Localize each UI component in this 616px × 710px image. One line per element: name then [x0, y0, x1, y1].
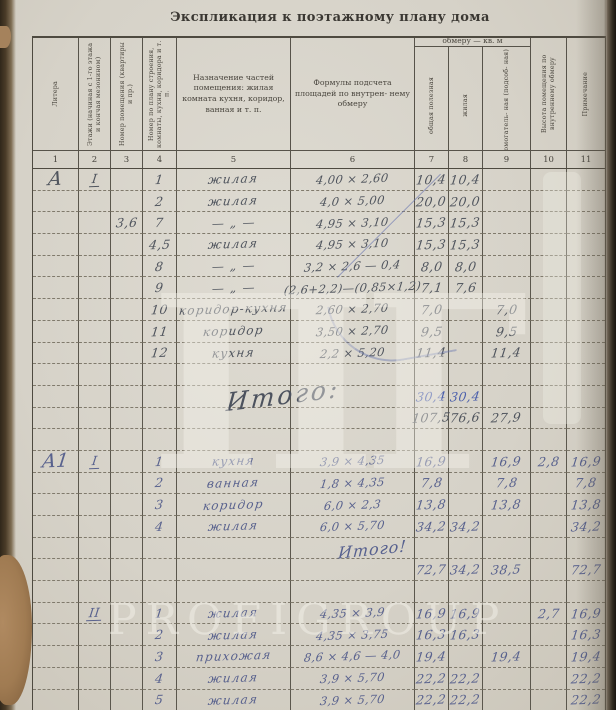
- table-cell-plan: 1: [143, 603, 177, 625]
- handwritten-value: А1: [41, 450, 70, 473]
- column-number: 8: [449, 151, 483, 168]
- column-numbers-row: 1234567891011: [33, 150, 605, 169]
- table-cell-plan: [143, 429, 177, 451]
- handwritten-value: 4,5: [148, 236, 172, 252]
- table-cell-plan: 10: [143, 299, 177, 321]
- table-cell-plan: 3: [143, 494, 177, 516]
- table-cell-purpose: коридор: [177, 494, 291, 516]
- table-cell-floor: [79, 429, 111, 451]
- table-cell-total: 16,9: [415, 603, 449, 625]
- table-cell-plan: 8: [143, 256, 177, 278]
- table-cell-purpose: прихожая: [177, 646, 291, 668]
- table-cell-aux: 7,0: [483, 299, 531, 321]
- handwritten-value: — „ —: [211, 280, 257, 296]
- handwritten-value: 8: [154, 258, 164, 273]
- table-cell-room: [111, 256, 143, 278]
- table-cell-litera: [33, 690, 79, 710]
- table-cell-room: [111, 603, 143, 625]
- handwritten-value: жилая: [208, 236, 260, 252]
- handwritten-value: 2,8: [537, 453, 561, 469]
- table-cell-floor: [79, 538, 111, 560]
- table-cell-living: 34,2: [449, 516, 483, 538]
- handwritten-value: 10,4: [449, 171, 481, 187]
- table-cell-aux: [483, 690, 531, 710]
- explication-table: Литера Этажи (начиная с 1-го этажа и кон…: [32, 36, 606, 710]
- handwritten-value: 4,95 × 3,10: [315, 236, 389, 253]
- table-cell-formula: 3,2 × 2,6 — 0,4: [291, 256, 415, 278]
- handwritten-value: 20,0: [449, 193, 481, 209]
- table-cell-living: [449, 646, 483, 668]
- table-cell-litera: [33, 538, 79, 560]
- handwritten-value: 16,9: [415, 453, 447, 469]
- table-cell-aux: 16,9: [483, 451, 531, 473]
- table-cell-aux: [483, 212, 531, 234]
- table-cell-plan: [143, 364, 177, 386]
- handwritten-value: 16,9: [415, 605, 447, 621]
- handwritten-value: — „ —: [211, 258, 257, 274]
- table-cell-floor: [79, 364, 111, 386]
- handwritten-value: 2,7: [537, 605, 561, 621]
- handwritten-value: 30,4: [449, 388, 481, 404]
- handwritten-value: 76,6: [449, 410, 481, 426]
- table-cell-floor: [79, 191, 111, 213]
- table-cell-aux: 11,4: [483, 343, 531, 365]
- table-cell-litera: [33, 386, 79, 408]
- table-cell-total: 19,4: [415, 646, 449, 668]
- handwritten-value: 15,3: [415, 236, 447, 252]
- table-cell-height: [531, 191, 567, 213]
- table-cell-litera: [33, 277, 79, 299]
- table-cell-room: [111, 690, 143, 710]
- table-cell-aux: [483, 169, 531, 191]
- table-cell-plan: [143, 408, 177, 430]
- table-cell-living: 76,6: [449, 408, 483, 430]
- handwritten-value: жилая: [208, 692, 260, 708]
- table-cell-floor: [79, 256, 111, 278]
- table-cell-aux: [483, 668, 531, 690]
- table-cell-floor: II: [79, 603, 111, 625]
- handwritten-value: 22,2: [449, 670, 481, 686]
- table-cell-litera: [33, 668, 79, 690]
- table-cell-purpose: — „ —: [177, 277, 291, 299]
- table-cell-aux: 38,5: [483, 559, 531, 581]
- table-cell-room: [111, 451, 143, 473]
- table-cell-floor: [79, 321, 111, 343]
- column-header-formula: Формулы подсчета площадей по внутрен- не…: [291, 38, 415, 150]
- table-cell-total: 7,8: [415, 473, 449, 495]
- handwritten-value: 10,4: [415, 171, 447, 187]
- table-cell-purpose: кухня: [177, 451, 291, 473]
- handwritten-value: 7,6: [454, 280, 478, 296]
- handwritten-value: 3,9 × 5,70: [319, 670, 386, 686]
- handwritten-value: 34,2: [415, 518, 447, 534]
- handwritten-value: 22,2: [415, 670, 447, 686]
- table-cell-formula: 4,00 × 2,60: [291, 169, 415, 191]
- table-cell-floor: [79, 212, 111, 234]
- table-cell-aux: [483, 234, 531, 256]
- table-cell-floor: [79, 668, 111, 690]
- table-cell-plan: [143, 581, 177, 603]
- handwritten-value: 22,2: [415, 692, 447, 708]
- table-cell-aux: [483, 603, 531, 625]
- table-cell-total: 22,2: [415, 690, 449, 710]
- table-header: Литера Этажи (начиная с 1-го этажа и кон…: [33, 38, 605, 150]
- table-cell-height: [531, 234, 567, 256]
- table-cell-height: [531, 408, 567, 430]
- table-cell-litera: [33, 603, 79, 625]
- table-cell-litera: [33, 256, 79, 278]
- handwritten-value: жилая: [208, 171, 260, 187]
- table-cell-plan: 12: [143, 343, 177, 365]
- table-cell-litera: [33, 234, 79, 256]
- handwritten-value: 4,95 × 3,10: [315, 214, 389, 231]
- table-cell-litera: [33, 321, 79, 343]
- table-cell-litera: [33, 429, 79, 451]
- table-cell-purpose: жилая: [177, 516, 291, 538]
- table-cell-litera: [33, 624, 79, 646]
- table-cell-purpose: коридор: [177, 321, 291, 343]
- table-cell-formula: 6,0 × 2,3: [291, 494, 415, 516]
- table-cell-purpose: жилая: [177, 668, 291, 690]
- handwritten-value: 3: [154, 649, 164, 664]
- table-cell-living: 15,3: [449, 212, 483, 234]
- table-cell-height: [531, 212, 567, 234]
- table-cell-litera: А1: [33, 451, 79, 473]
- column-number: 4: [143, 151, 177, 168]
- table-cell-plan: 1: [143, 169, 177, 191]
- column-header-total-area: общая полезная: [415, 47, 449, 150]
- table-cell-formula: 1,8 × 4,35: [291, 473, 415, 495]
- table-cell-total: 107,5: [415, 408, 449, 430]
- handwritten-value: 16,9: [449, 605, 481, 621]
- table-cell-height: [531, 559, 567, 581]
- table-cell-total: [415, 364, 449, 386]
- table-cell-height: [531, 256, 567, 278]
- table-cell-height: 2,8: [531, 451, 567, 473]
- handwritten-value: I: [89, 453, 101, 469]
- column-header-plan-number: Номер по плану строения, комнаты, кухни,…: [143, 38, 177, 150]
- table-cell-living: [449, 451, 483, 473]
- table-cell-litera: [33, 364, 79, 386]
- handwritten-value: 7,8: [495, 475, 519, 491]
- table-cell-living: [449, 364, 483, 386]
- handwritten-value: 1,8 × 4,35: [319, 475, 386, 491]
- column-number: 6: [291, 151, 415, 168]
- table-cell-purpose: ванная: [177, 473, 291, 495]
- table-cell-living: [449, 494, 483, 516]
- handwritten-value: 30,4: [415, 388, 447, 404]
- table-cell-formula: 4,35 × 3,75: [291, 624, 415, 646]
- column-number: 2: [79, 151, 111, 168]
- handwritten-value: 3,6: [115, 215, 139, 231]
- table-cell-formula: 4,35 × 3,9: [291, 603, 415, 625]
- table-cell-total: [415, 429, 449, 451]
- table-cell-room: [111, 386, 143, 408]
- table-cell-room: [111, 624, 143, 646]
- page-curve-shadow: [576, 0, 606, 710]
- column-group-area: Площадь по внут- реннему обмеру — кв. м …: [415, 38, 531, 150]
- handwritten-value: 12: [150, 345, 169, 361]
- column-header-aux-area: вспомогатель- ная (подсоб- ная): [483, 47, 531, 150]
- table-cell-litera: А: [33, 169, 79, 191]
- handwritten-value: 8,6 × 4,6 — 4,0: [303, 648, 401, 665]
- handwritten-value: А: [47, 168, 64, 191]
- document-title: Экспликация к поэтажному плану дома: [70, 10, 590, 25]
- handwritten-value: 19,4: [415, 648, 447, 664]
- table-cell-floor: [79, 473, 111, 495]
- handwritten-value: 6,0 × 5,70: [319, 518, 386, 534]
- table-cell-aux: [483, 581, 531, 603]
- table-cell-purpose: жилая: [177, 603, 291, 625]
- column-number: 7: [415, 151, 449, 168]
- handwritten-value: жилая: [208, 627, 260, 643]
- table-cell-total: 10,4: [415, 169, 449, 191]
- table-cell-room: [111, 234, 143, 256]
- table-cell-living: 16,9: [449, 603, 483, 625]
- handwritten-value: 4,35 × 3,75: [315, 626, 389, 643]
- table-cell-height: [531, 581, 567, 603]
- handwritten-value: — „ —: [211, 215, 257, 231]
- table-cell-floor: [79, 494, 111, 516]
- table-cell-height: [531, 343, 567, 365]
- table-cell-total: 15,3: [415, 212, 449, 234]
- table-cell-height: [531, 646, 567, 668]
- table-cell-room: 3,6: [111, 212, 143, 234]
- table-cell-total: 34,2: [415, 516, 449, 538]
- column-header-litera: Литера: [33, 38, 79, 150]
- table-cell-living: 7,6: [449, 277, 483, 299]
- table-cell-litera: [33, 516, 79, 538]
- table-cell-room: [111, 321, 143, 343]
- handwritten-value: 16,3: [449, 627, 481, 643]
- table-cell-living: 20,0: [449, 191, 483, 213]
- handwritten-value: коридор: [202, 323, 264, 339]
- table-cell-room: [111, 538, 143, 560]
- handwritten-value: 34,2: [449, 518, 481, 534]
- table-cell-aux: 19,4: [483, 646, 531, 668]
- handwritten-value: 1: [154, 454, 164, 469]
- table-cell-plan: 11: [143, 321, 177, 343]
- table-cell-total: 8,0: [415, 256, 449, 278]
- table-cell-floor: [79, 343, 111, 365]
- table-cell-living: [449, 429, 483, 451]
- handwritten-value: 8,0: [454, 258, 478, 274]
- table-cell-living: [449, 581, 483, 603]
- table-cell-purpose: жилая: [177, 191, 291, 213]
- column-number: 3: [111, 151, 143, 168]
- table-cell-plan: [143, 559, 177, 581]
- column-number: 10: [531, 151, 567, 168]
- table-cell-total: 13,8: [415, 494, 449, 516]
- table-cell-formula: 3,9 × 4,35: [291, 451, 415, 473]
- table-cell-living: 15,3: [449, 234, 483, 256]
- table-cell-living: [449, 473, 483, 495]
- handwritten-value: 10: [150, 302, 169, 318]
- handwritten-value: 13,8: [415, 497, 447, 513]
- table-cell-floor: [79, 299, 111, 321]
- handwritten-value: 16,3: [415, 627, 447, 643]
- table-cell-plan: 3: [143, 646, 177, 668]
- table-cell-living: 16,3: [449, 624, 483, 646]
- handwritten-value: 4,00 × 2,60: [315, 171, 389, 188]
- handwritten-value: 3: [154, 497, 164, 512]
- table-cell-litera: [33, 473, 79, 495]
- table-cell-floor: I: [79, 451, 111, 473]
- table-cell-room: [111, 191, 143, 213]
- table-cell-purpose: жилая: [177, 624, 291, 646]
- table-cell-room: [111, 277, 143, 299]
- table-cell-total: 15,3: [415, 234, 449, 256]
- table-cell-aux: 27,9: [483, 408, 531, 430]
- handwritten-value: 13,8: [490, 497, 522, 513]
- table-cell-height: [531, 624, 567, 646]
- table-cell-floor: [79, 408, 111, 430]
- table-cell-floor: [79, 277, 111, 299]
- table-cell-height: [531, 299, 567, 321]
- table-cell-living: [449, 299, 483, 321]
- column-header-room-number: Номер помещения (квартиры и пр.): [111, 38, 143, 150]
- table-cell-purpose: [177, 581, 291, 603]
- table-cell-height: [531, 668, 567, 690]
- table-body: АI1жилая4,00 × 2,6010,410,42жилая4,0 × 5…: [33, 169, 605, 710]
- table-cell-living: 22,2: [449, 668, 483, 690]
- handwritten-value: 15,3: [449, 215, 481, 231]
- table-cell-room: [111, 473, 143, 495]
- table-cell-room: [111, 668, 143, 690]
- handwritten-value: 1: [154, 172, 164, 187]
- table-cell-purpose: коридор-кухня: [177, 299, 291, 321]
- table-cell-room: [111, 408, 143, 430]
- table-cell-purpose: кухня: [177, 343, 291, 365]
- table-cell-total: 16,9: [415, 451, 449, 473]
- handwritten-value: коридор-кухня: [178, 301, 288, 319]
- table-cell-height: [531, 321, 567, 343]
- column-number: 9: [483, 151, 531, 168]
- column-header-living-area: жилая: [449, 47, 483, 150]
- table-cell-formula: [291, 429, 415, 451]
- table-cell-aux: [483, 191, 531, 213]
- handwritten-value: 34,2: [449, 562, 481, 578]
- handwritten-value: 4,35 × 3,9: [319, 605, 386, 621]
- table-cell-purpose: жилая: [177, 234, 291, 256]
- handwritten-value: жилая: [208, 518, 260, 534]
- table-cell-room: [111, 646, 143, 668]
- table-cell-aux: 7,8: [483, 473, 531, 495]
- table-cell-total: 30,4: [415, 386, 449, 408]
- table-cell-formula: 3,9 × 5,70: [291, 668, 415, 690]
- handwritten-value: 2: [154, 627, 164, 642]
- table-cell-plan: 2: [143, 473, 177, 495]
- handwritten-value: 7: [154, 215, 164, 230]
- handwritten-value: 27,9: [490, 410, 522, 426]
- handwritten-value: 4,0 × 5,00: [319, 193, 386, 209]
- handwritten-value: 1: [154, 605, 164, 620]
- table-cell-room: [111, 516, 143, 538]
- table-cell-formula: [291, 559, 415, 581]
- table-cell-height: [531, 169, 567, 191]
- table-cell-aux: 13,8: [483, 494, 531, 516]
- column-header-purpose: Назначение частей помещения: жилая комна…: [177, 38, 291, 150]
- page-edge-right: [604, 0, 616, 710]
- table-cell-litera: [33, 581, 79, 603]
- table-cell-plan: 2: [143, 191, 177, 213]
- table-cell-aux: 9,5: [483, 321, 531, 343]
- table-cell-floor: [79, 559, 111, 581]
- table-cell-formula: 4,95 × 3,10: [291, 234, 415, 256]
- table-cell-aux: [483, 516, 531, 538]
- table-cell-floor: [79, 690, 111, 710]
- handwritten-value: 3,9 × 4,35: [319, 453, 386, 469]
- column-number: 5: [177, 151, 291, 168]
- table-cell-living: 34,2: [449, 559, 483, 581]
- table-cell-height: [531, 429, 567, 451]
- table-cell-room: [111, 559, 143, 581]
- handwritten-value: жилая: [208, 670, 260, 686]
- table-cell-floor: [79, 581, 111, 603]
- handwritten-value: 72,7: [415, 562, 447, 578]
- table-cell-height: [531, 473, 567, 495]
- table-cell-room: [111, 299, 143, 321]
- table-cell-plan: 2: [143, 624, 177, 646]
- table-cell-formula: [291, 408, 415, 430]
- table-cell-purpose: — „ —: [177, 256, 291, 278]
- column-header-floors: Этажи (начиная с 1-го этажа и кончая мез…: [79, 38, 111, 150]
- handwritten-value: 5: [154, 692, 164, 707]
- handwritten-value: 2: [154, 475, 164, 490]
- handwritten-value: прихожая: [195, 648, 272, 665]
- handwritten-value: 4: [154, 670, 164, 685]
- table-cell-formula: [291, 581, 415, 603]
- table-cell-room: [111, 169, 143, 191]
- handwritten-value: I: [89, 171, 101, 187]
- table-cell-total: 16,3: [415, 624, 449, 646]
- table-cell-purpose: — „ —: [177, 212, 291, 234]
- handwritten-value: 22,2: [449, 692, 481, 708]
- handwritten-value: жилая: [208, 193, 260, 209]
- handwritten-value: жилая: [208, 605, 260, 621]
- table-cell-litera: [33, 408, 79, 430]
- handwritten-value: 15,3: [415, 215, 447, 231]
- table-cell-aux: [483, 386, 531, 408]
- table-cell-purpose: [177, 538, 291, 560]
- handwritten-value: кухня: [211, 345, 255, 361]
- table-cell-plan: [143, 386, 177, 408]
- handwritten-value: 6,0 × 2,3: [323, 497, 382, 513]
- handwritten-value: 19,4: [490, 648, 522, 664]
- table-cell-aux: [483, 538, 531, 560]
- table-cell-height: [531, 538, 567, 560]
- table-cell-purpose: [177, 429, 291, 451]
- table-cell-plan: 5: [143, 690, 177, 710]
- column-number: 1: [33, 151, 79, 168]
- column-header-height: Высота помещения по внутреннему обмеру: [531, 38, 567, 150]
- table-cell-height: [531, 386, 567, 408]
- table-cell-room: [111, 429, 143, 451]
- table-cell-living: 22,2: [449, 690, 483, 710]
- handwritten-value: кухня: [211, 454, 255, 470]
- handwritten-value: 15,3: [449, 236, 481, 252]
- table-cell-formula: 6,0 × 5,70: [291, 516, 415, 538]
- table-cell-floor: [79, 234, 111, 256]
- handwritten-value: 20,0: [415, 193, 447, 209]
- table-cell-total: [415, 538, 449, 560]
- table-cell-floor: [79, 646, 111, 668]
- table-cell-room: [111, 494, 143, 516]
- table-cell-plan: 9: [143, 277, 177, 299]
- table-cell-purpose: жилая: [177, 690, 291, 710]
- table-cell-litera: [33, 646, 79, 668]
- table-cell-height: [531, 364, 567, 386]
